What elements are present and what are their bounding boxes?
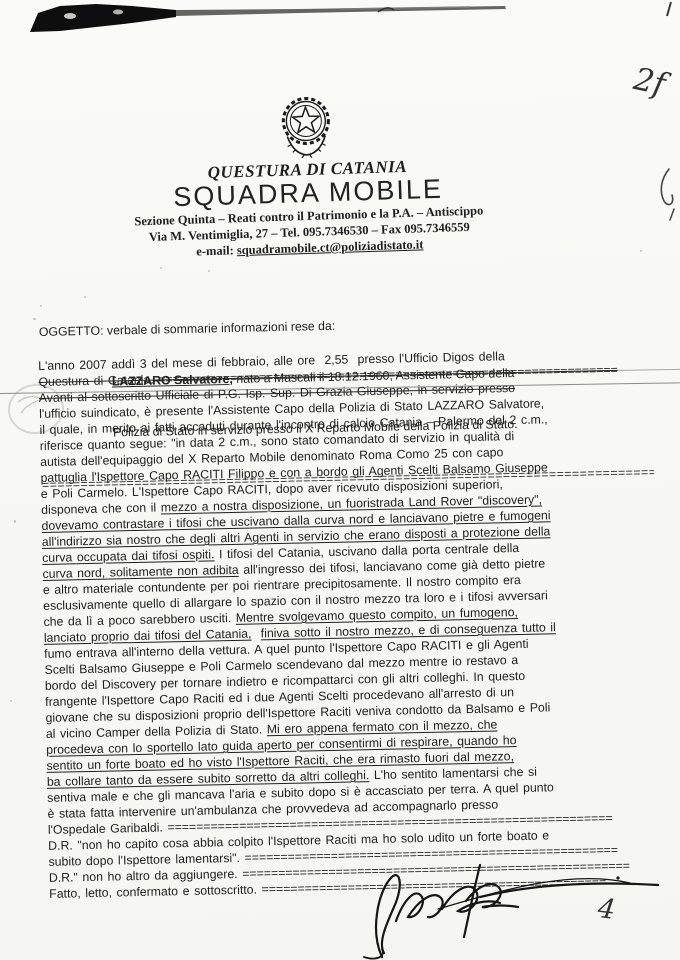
- scanned-document-page: QUESTURA DI CATANIA SQUADRA MOBILE Sezio…: [0, 0, 680, 960]
- handwritten-signature-icon: [330, 845, 680, 960]
- handwritten-note-top-right: 2f: [631, 61, 669, 103]
- subject-label: OGGETTO:: [39, 324, 104, 339]
- toner-speck: [10, 700, 12, 702]
- text-segment: disponeva che con il: [41, 500, 161, 517]
- email-label: e-mail:: [196, 243, 237, 258]
- scanner-smudge-icon: [0, 0, 680, 42]
- subject-line-1: OGGETTO: verbale di sommarie informazion…: [39, 311, 651, 341]
- subject-text: verbale di sommarie informazioni rese da…: [103, 319, 335, 338]
- toner-speck: [40, 305, 42, 307]
- toner-speck: [33, 318, 36, 320]
- letterhead: QUESTURA DI CATANIA SQUADRA MOBILE Sezio…: [5, 85, 610, 266]
- republic-star-emblem-icon: [276, 93, 336, 159]
- toner-speck: [208, 270, 210, 272]
- email-address: squadramobile.ct@poliziadistato.it: [237, 237, 424, 257]
- toner-speck: [640, 250, 642, 252]
- toner-speck: [14, 520, 16, 523]
- pen-squiggle-mark-icon: [655, 163, 680, 221]
- toner-speck: [84, 296, 86, 298]
- body-text: L'anno 2007 addì 3 del mese di febbraio,…: [38, 345, 661, 902]
- text-segment: [251, 626, 261, 640]
- toner-speck: [160, 267, 162, 269]
